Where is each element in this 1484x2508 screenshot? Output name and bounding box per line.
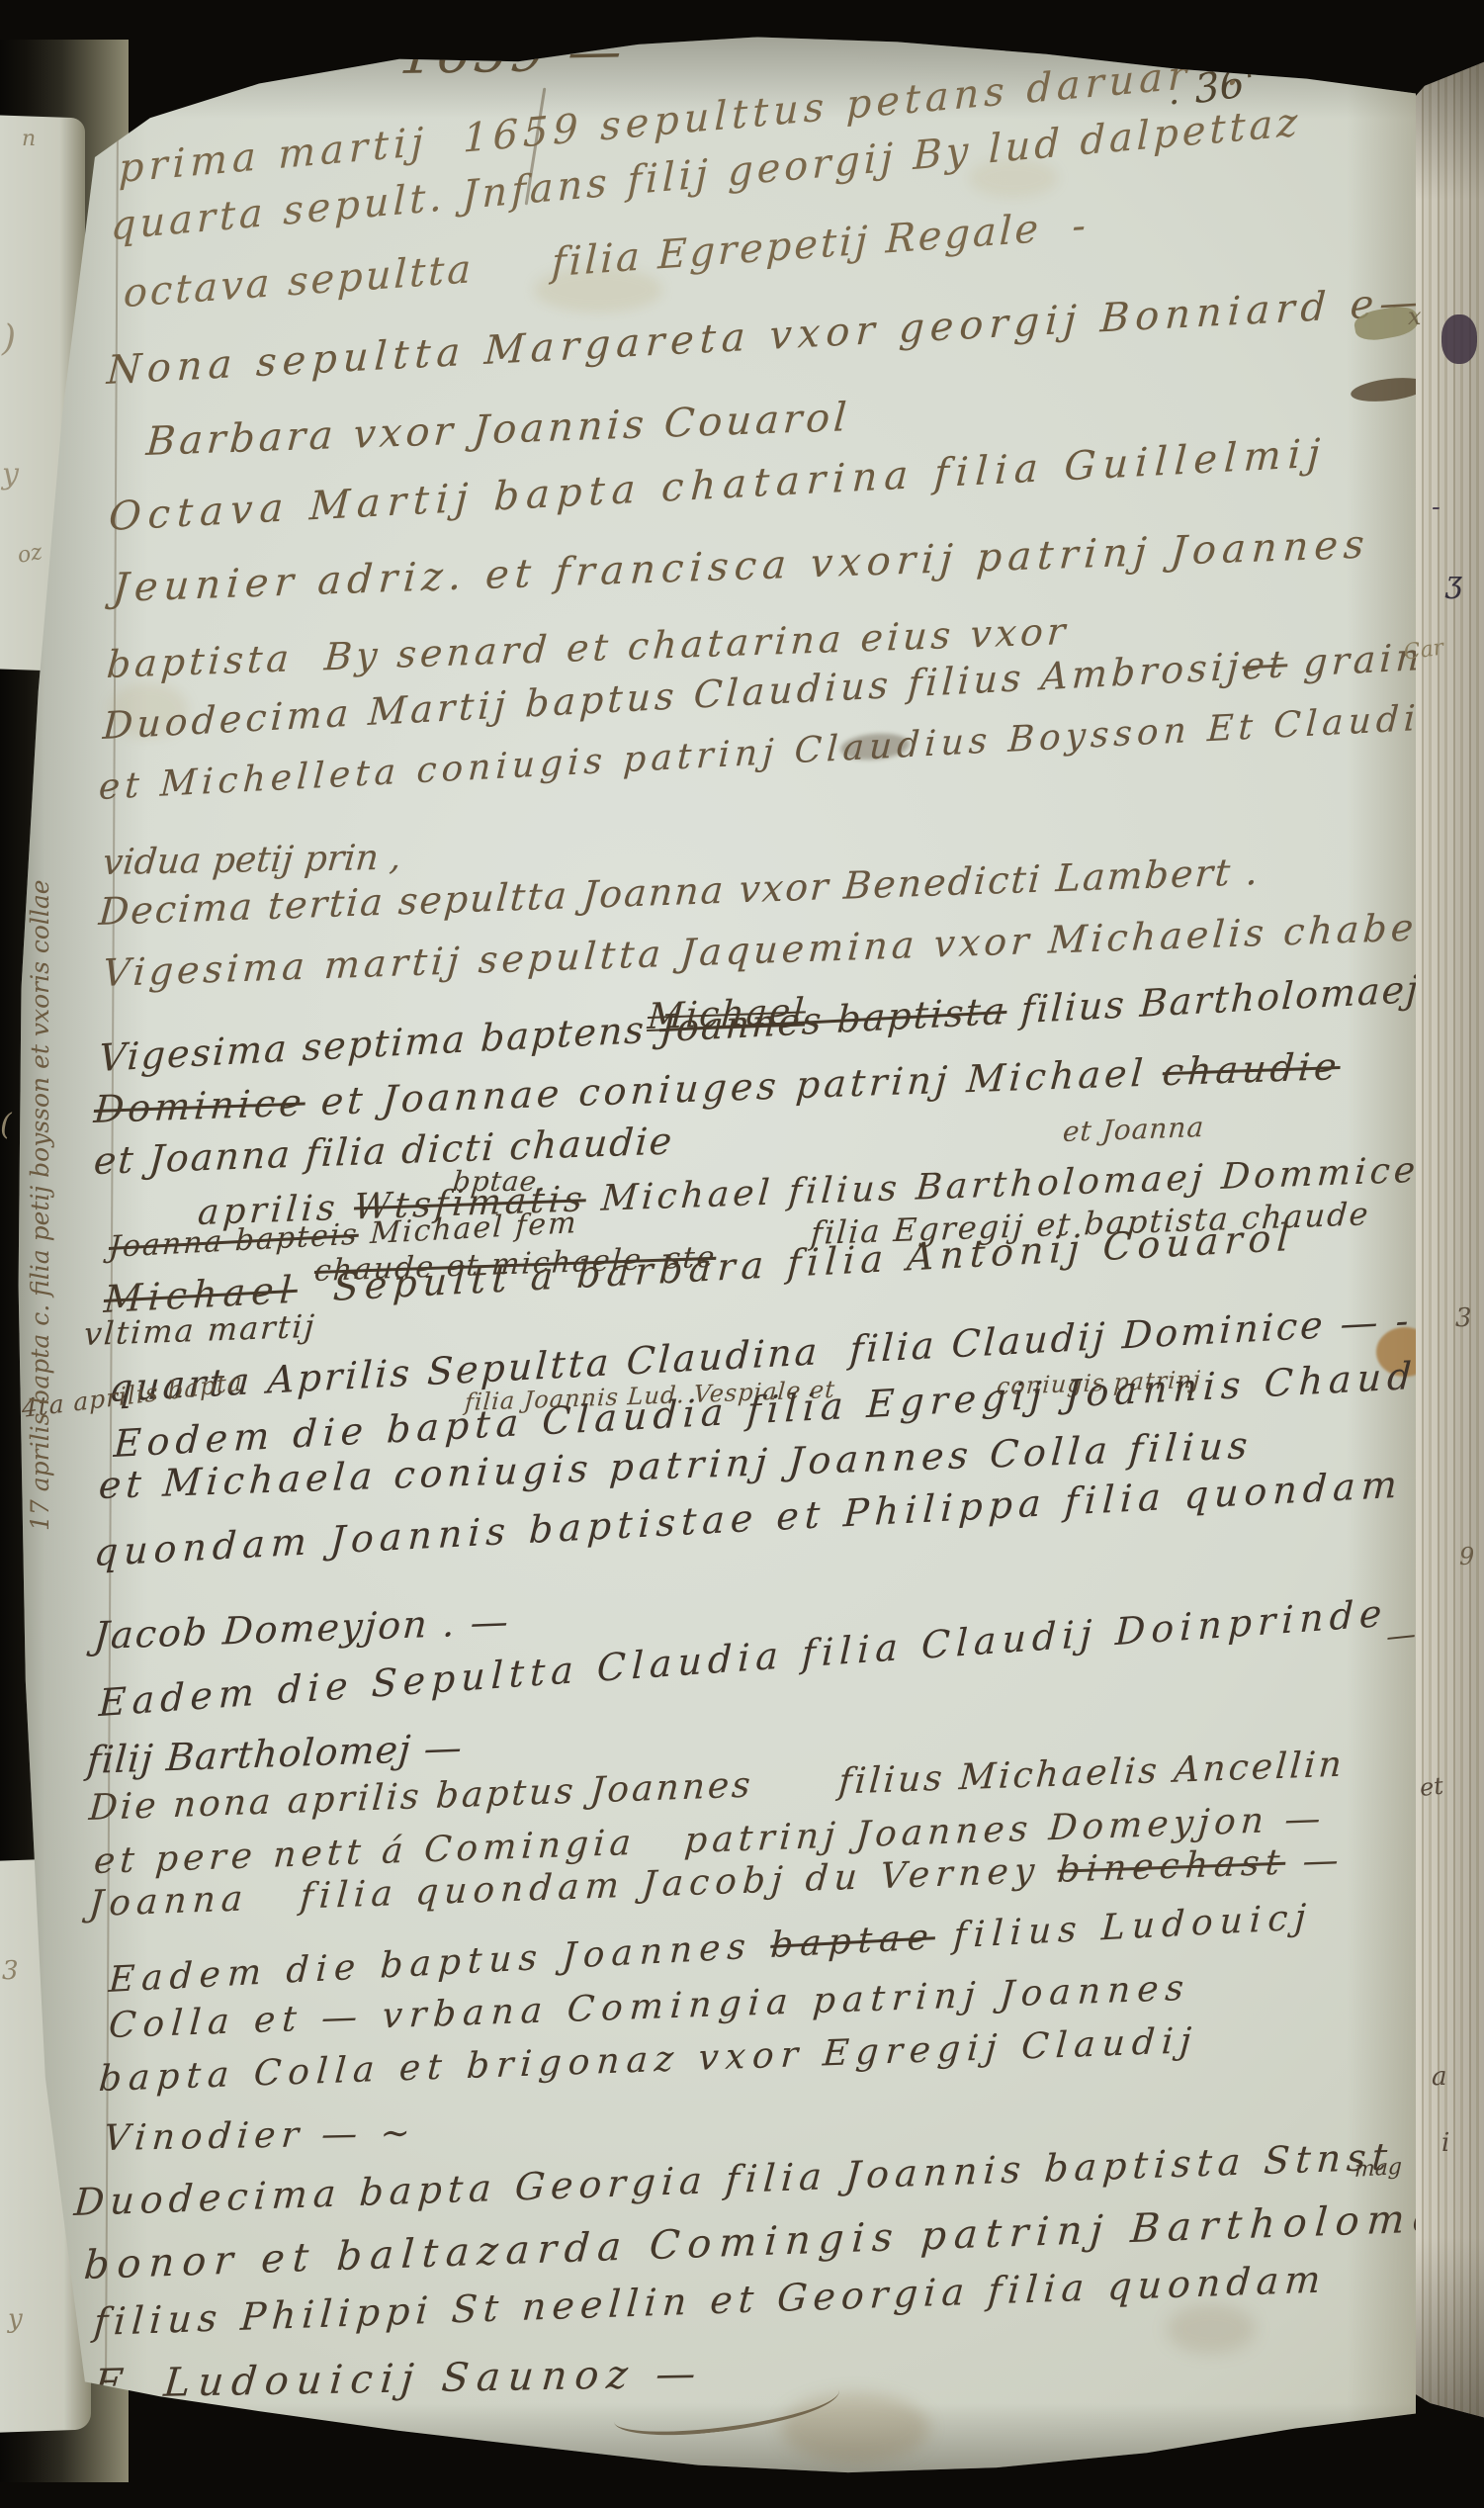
manuscript-line: vidua petij prin ,: [101, 838, 402, 883]
year-heading: 1659 —: [397, 20, 627, 86]
manuscript-page: 1659 — 36' prima martij 1659 sepulttus p…: [0, 30, 1416, 2482]
book-photo: n)yoz(3y 1659 — 36' prima martij 1659 se…: [0, 0, 1484, 2508]
edge-ink-mark: 3: [1455, 1303, 1472, 1333]
edge-ink-mark: 9: [1459, 1543, 1474, 1570]
facing-page-text-fragment: (: [0, 1108, 12, 1142]
handwritten-text: filij Bartholomej —: [85, 1726, 464, 1782]
handwritten-text: Jacob Domeyjon . —: [92, 1599, 511, 1657]
handwritten-text: —: [1284, 1840, 1346, 1883]
manuscript-line: octava sepultta: [123, 246, 475, 316]
facing-page-text-fragment: ): [2, 318, 16, 359]
margin-vertical-note: 17 aprilis bapta c. filia petij boysson …: [26, 879, 54, 1531]
facing-page-text-fragment: y: [8, 2304, 23, 2334]
struck-text: et: [1241, 642, 1288, 688]
handwritten-text: vltima martij: [83, 1307, 317, 1353]
manuscript-line: Jacob Domeyjon . —: [92, 1599, 511, 1657]
edge-ink-mark: -: [1432, 493, 1440, 522]
facing-page-text-fragment: y: [2, 457, 19, 492]
edge-ink-mark: i: [1441, 2128, 1449, 2158]
handwritten-text: filius Ludouicj: [934, 1897, 1314, 1957]
handwritten-text: filius Bartholomaej: [1005, 967, 1421, 1032]
facing-page-text-fragment: 3: [2, 1956, 19, 1986]
manuscript-line: bptae.: [451, 1165, 549, 1198]
struck-text: baptae: [769, 1917, 936, 1966]
paper-stain: [1167, 2304, 1256, 2354]
manuscript-line: filia Egrepetij Regale -: [551, 203, 1090, 286]
edge-ink-blot: [1441, 314, 1477, 364]
manuscript-line: vltima martij: [83, 1307, 317, 1353]
struck-text: binechast: [1056, 1842, 1287, 1891]
manuscript-line: Jeunier adriz. et francisca vxorij patri…: [111, 522, 1371, 612]
handwritten-text: Jeunier adriz. et francisca vxorij patri…: [111, 522, 1371, 612]
facing-page-text-fragment: oz: [16, 540, 44, 569]
edge-ink-mark: —: [1384, 1617, 1417, 1655]
handwritten-text: Vinodier — ~: [102, 2112, 417, 2159]
edge-ink-mark: et: [1419, 1772, 1445, 1802]
edge-ink-mark: ʒ: [1445, 566, 1462, 600]
handwritten-text: Vigesima septima baptens: [98, 1007, 660, 1080]
manuscript-scan-photo: { "manuscript": { "year_heading": "1659 …: [0, 0, 1484, 2508]
manuscript-line: et Joanna: [1062, 1111, 1205, 1148]
handwritten-text: filia Egrepetij Regale -: [551, 203, 1090, 286]
facing-page-text-fragment: n: [22, 127, 36, 151]
struck-text: chaudie: [1161, 1044, 1342, 1094]
handwritten-text: et Joanna filia dicti chaudie: [92, 1119, 674, 1183]
struck-text: Dominice: [92, 1080, 306, 1131]
edge-ink-mark: ·: [1169, 83, 1179, 124]
handwritten-text: bptae.: [451, 1165, 549, 1198]
edge-ink-mark: x: [1408, 303, 1422, 330]
manuscript-line: Vinodier — ~: [102, 2112, 417, 2159]
handwritten-text: octava sepultta: [123, 246, 475, 316]
handwritten-text: mag: [1354, 2155, 1403, 2183]
manuscript-line: Barbara vxor Joannis Couarol: [144, 395, 851, 465]
manuscript-line: mag: [1354, 2155, 1403, 2183]
handwritten-text: vidua petij prin ,: [101, 838, 402, 883]
page-content-layer: 1659 — 36' prima martij 1659 sepulttus p…: [0, 0, 1484, 2508]
handwritten-text: Barbara vxor Joannis Couarol: [144, 395, 851, 465]
edge-ink-mark: a: [1432, 2062, 1447, 2092]
manuscript-line: et Joanna filia dicti chaudie: [92, 1119, 674, 1183]
handwritten-text: et Joanna: [1062, 1111, 1205, 1148]
manuscript-line: filij Bartholomej —: [85, 1726, 464, 1782]
